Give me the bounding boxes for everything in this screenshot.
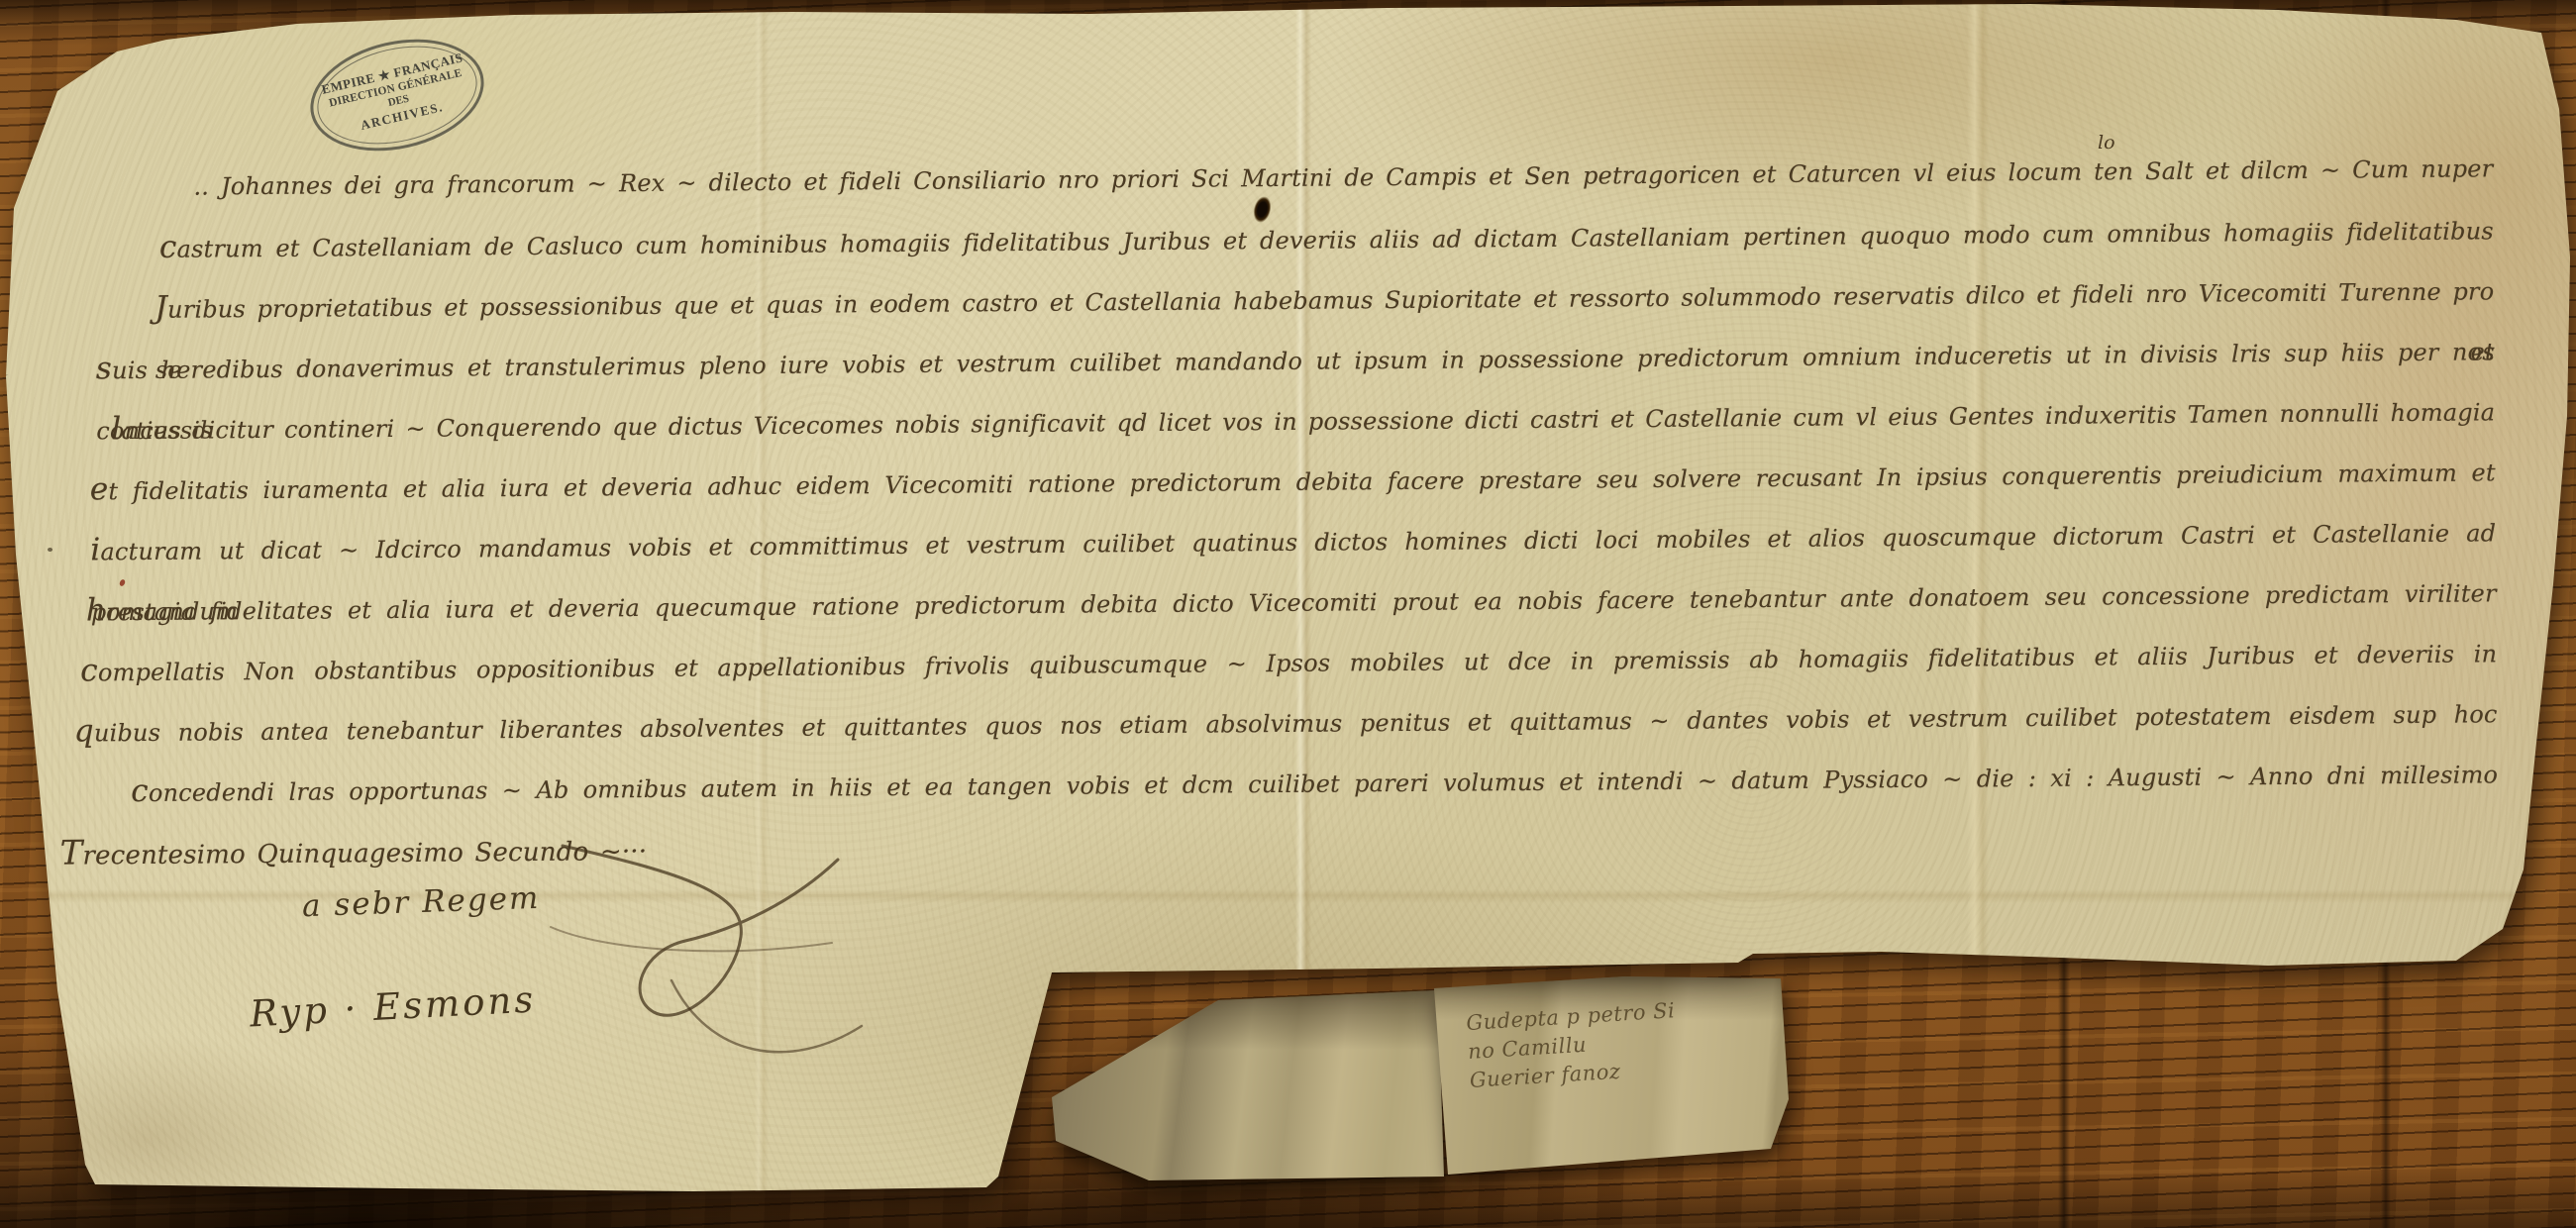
chancery-note: a sebr Regem	[301, 880, 541, 924]
parchment-sheet: EMPIRE ★ FRANÇAIS DIRECTION GÉNÉRALE DES…	[0, 0, 2576, 1228]
parchment-shadow-wrap: EMPIRE ★ FRANÇAIS DIRECTION GÉNÉRALE DES…	[0, 0, 2576, 1228]
signature-paraph-flourish	[535, 832, 891, 1089]
interlinear-note: lo	[2098, 132, 2115, 153]
archives-oval-stamp: EMPIRE ★ FRANÇAIS DIRECTION GÉNÉRALE DES…	[299, 23, 495, 166]
charter-text-block: .. Johannes dei gra francorum ~ Rex ~ di…	[54, 139, 2499, 882]
edge-tear	[0, 374, 17, 408]
dark-speck	[48, 548, 52, 552]
chancery-signature: Ryp · Esmons	[249, 977, 537, 1035]
photo-of-charter-on-table: Gudepta p petro Si no Camillu Guerier fa…	[0, 0, 2576, 1228]
